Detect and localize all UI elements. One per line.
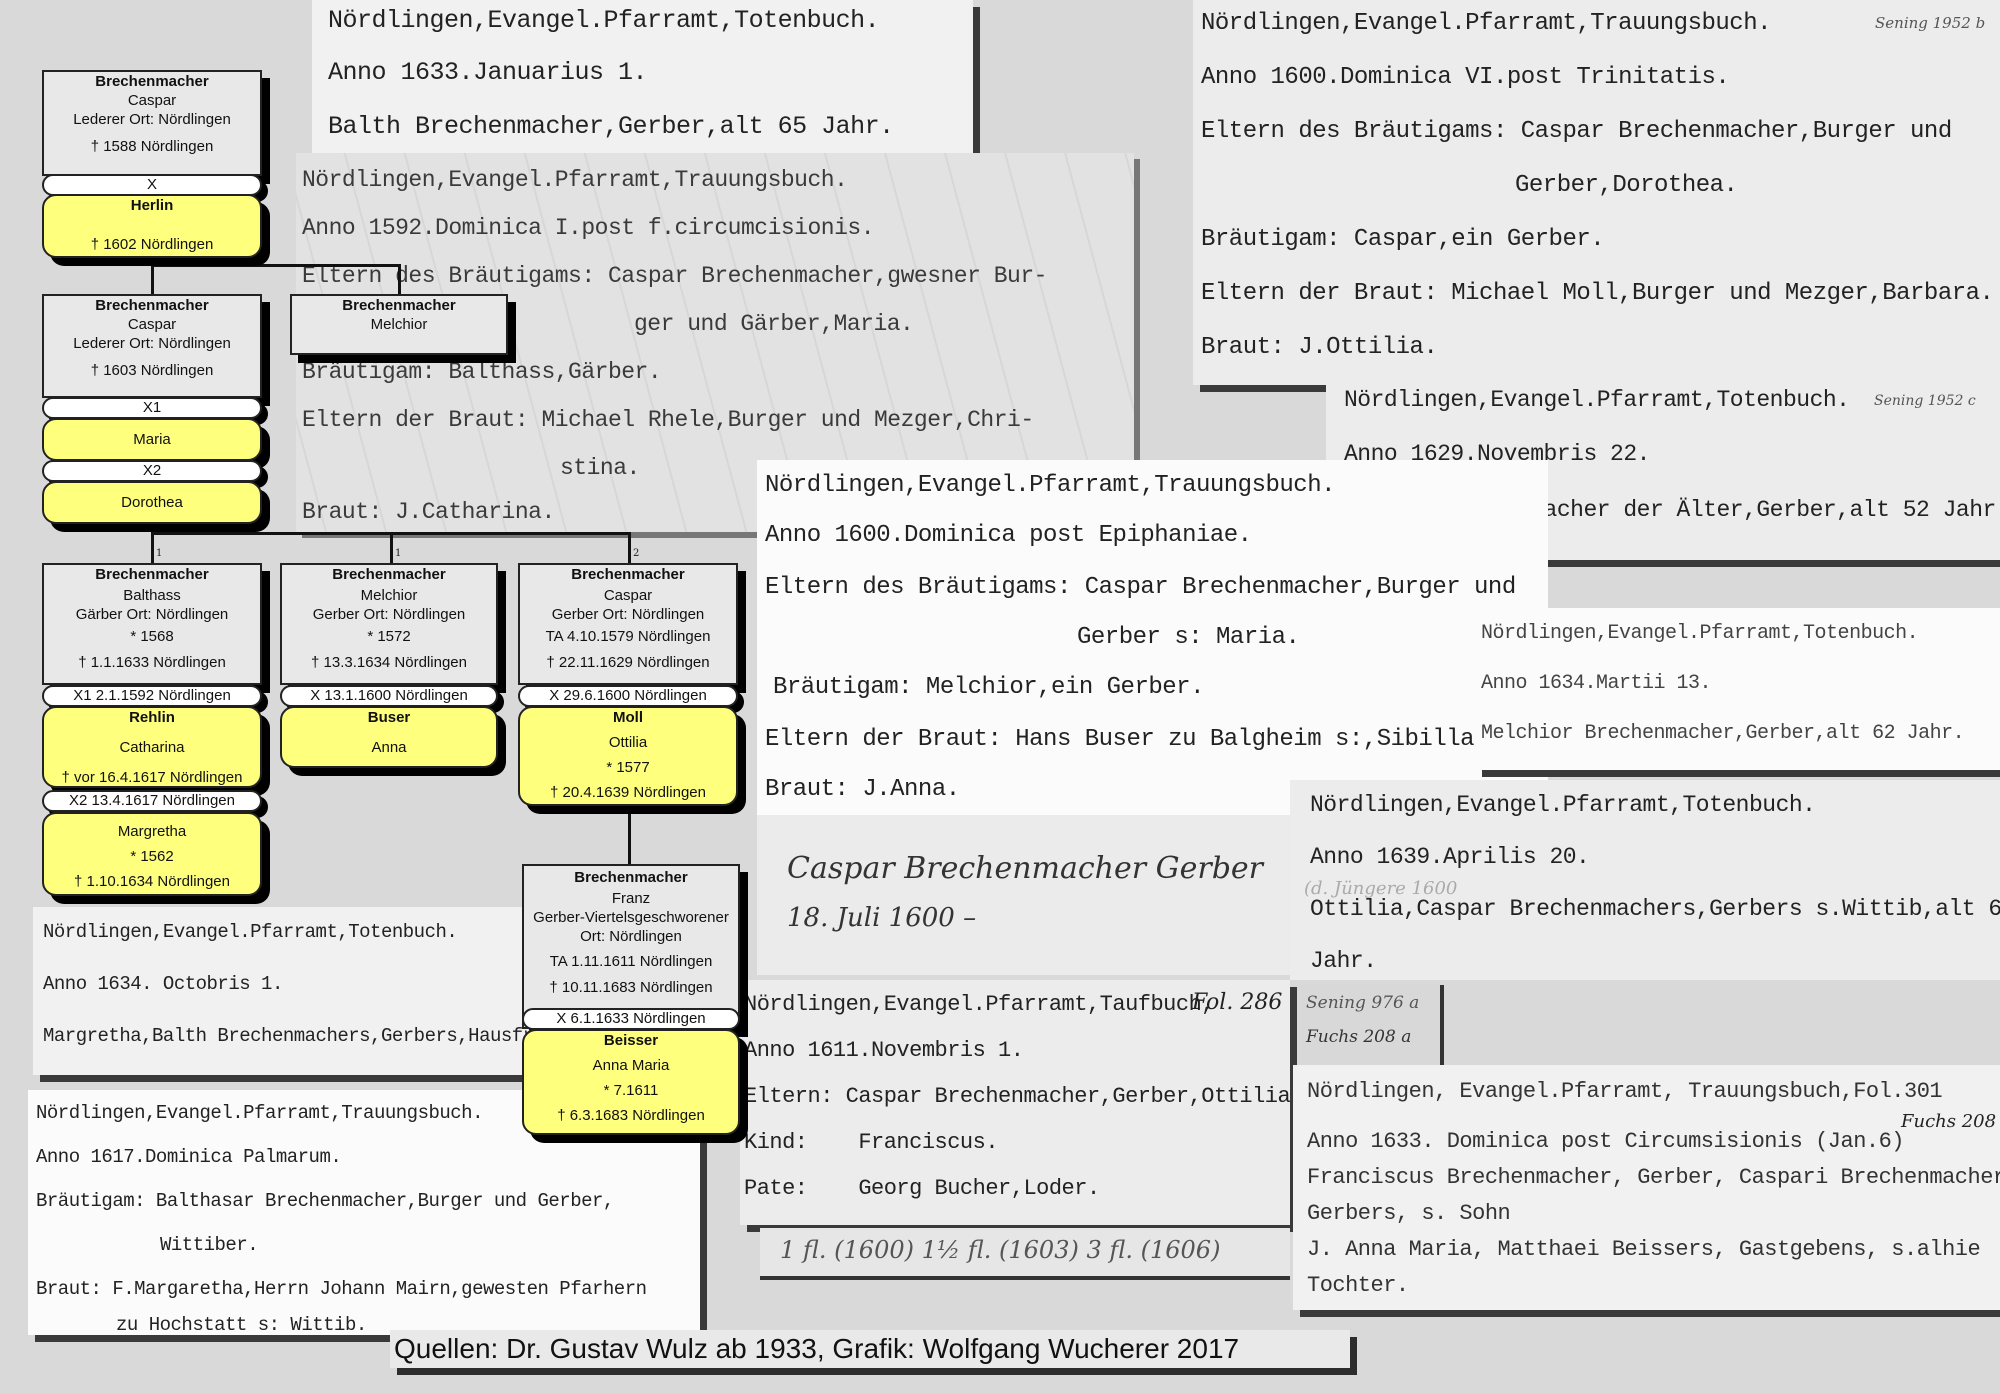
tree-connector xyxy=(628,532,631,563)
given-name: Caspar xyxy=(44,91,260,110)
archive-note: Fuchs 208 a xyxy=(1306,1027,1411,1047)
record-line: Eltern des Bräutigams: Caspar Brechenmac… xyxy=(302,263,1047,289)
record-line: Bräutigam: Melchior,ein Gerber. xyxy=(773,674,1204,701)
surname: Brechenmacher xyxy=(44,72,260,91)
place: Ort: Nördlingen xyxy=(524,927,738,946)
marriage-label: X 29.6.1600 Nördlingen xyxy=(518,685,738,707)
record-card-totenbuch-1634-octobris: Nördlingen,Evangel.Pfarramt,Totenbuch. A… xyxy=(33,907,530,1075)
tree-connector xyxy=(151,264,401,267)
marriage-label: X 6.1.1633 Nördlingen xyxy=(522,1008,740,1030)
record-line: Bräutigam: Caspar,ein Gerber. xyxy=(1201,226,1604,253)
tree-connector xyxy=(390,532,393,563)
spouse-herlin[interactable]: Herlin † 1602 Nördlingen xyxy=(42,194,262,258)
record-line: Nördlingen,Evangel.Pfarramt,Totenbuch. xyxy=(43,921,457,943)
record-line: Eltern des Bräutigams: Caspar Brechenmac… xyxy=(1201,118,1952,145)
tree-connector xyxy=(628,805,631,865)
marriage-label: X1 xyxy=(42,397,262,419)
record-card-handwritten-1600: Caspar Brechenmacher Gerber 18. Juli 160… xyxy=(757,815,1290,975)
marriage-label: X 13.1.1600 Nördlingen xyxy=(280,685,498,707)
record-line: Tochter. xyxy=(1307,1273,1409,1298)
record-line: Nördlingen,Evangel.Pfarramt,Trauungsbuch… xyxy=(36,1102,483,1124)
surname: Buser xyxy=(282,708,496,727)
spouse-maria[interactable]: Maria xyxy=(42,418,262,461)
given-name: Dorothea xyxy=(121,494,183,511)
record-line: Braut: J.Ottilia. xyxy=(1201,334,1437,361)
spouse-anna-buser[interactable]: Buser Anna xyxy=(280,706,498,768)
person-franz[interactable]: Brechenmacher Franz Gerber-Viertelsgesch… xyxy=(522,864,740,1029)
surname: Herlin xyxy=(44,196,260,215)
handwritten-line: 1 fl. (1600) 1½ fl. (1603) 3 fl. (1606) xyxy=(780,1236,1220,1264)
birth-date: * 7.1611 xyxy=(524,1081,738,1100)
record-line: Anno 1592.Dominica I.post f.circumcision… xyxy=(302,215,874,241)
record-line: Gerber,Dorothea. xyxy=(1515,172,1737,199)
person-balthass[interactable]: Brechenmacher Balthass Gärber Ort: Nördl… xyxy=(42,563,262,685)
given-name: Balthass xyxy=(44,586,260,605)
source-caption: Quellen: Dr. Gustav Wulz ab 1933, Grafik… xyxy=(390,1330,1350,1368)
death-date: † 1.1.1633 Nördlingen xyxy=(44,653,260,672)
death-date: † 1.10.1634 Nördlingen xyxy=(44,872,260,891)
archive-note: Sening 1952 c xyxy=(1874,393,1976,409)
surname: Rehlin xyxy=(44,708,260,727)
record-line: Anno 1634.Martii 13. xyxy=(1481,672,1711,695)
baptism-date: TA 4.10.1579 Nördlingen xyxy=(520,627,736,646)
given-name: Caspar xyxy=(44,315,260,334)
record-card-trauungsbuch-1633: Nördlingen, Evangel.Pfarramt, Trauungsbu… xyxy=(1293,1065,2000,1310)
given-name: Franz xyxy=(524,889,738,908)
record-line: Gerber s: Maria. xyxy=(1077,624,1299,651)
record-line: Nördlingen,Evangel.Pfarramt,Trauungsbuch… xyxy=(765,472,1335,499)
occupation: Gerber-Viertelsgeschworener xyxy=(524,908,738,927)
death-date: † vor 16.4.1617 Nördlingen xyxy=(44,768,260,787)
given-name: Melchior xyxy=(292,315,506,334)
birth-date: * 1562 xyxy=(44,847,260,866)
record-line: Jahr. xyxy=(1310,948,1377,974)
death-date: † 6.3.1683 Nördlingen xyxy=(524,1106,738,1125)
record-line: J. Anna Maria, Matthaei Beissers, Gastge… xyxy=(1307,1237,1980,1262)
marriage-label: X xyxy=(42,174,262,196)
spouse-catharina-rehlin[interactable]: Rehlin Catharina † vor 16.4.1617 Nördlin… xyxy=(42,706,262,788)
record-line: zu Hochstatt s: Wittib. xyxy=(116,1314,367,1336)
record-line: ger und Gärber,Maria. xyxy=(634,311,913,337)
record-line: Anno 1633. Dominica post Circumsisionis … xyxy=(1307,1129,1904,1154)
record-line: Nördlingen,Evangel.Pfarramt,Totenbuch. xyxy=(1481,622,1918,645)
record-line: Eltern: Caspar Brechenmacher,Gerber,Otti… xyxy=(744,1084,1303,1109)
occupation: Gerber Ort: Nördlingen xyxy=(520,605,736,624)
given-name: Caspar xyxy=(520,586,736,605)
surname: Beisser xyxy=(524,1031,738,1050)
record-line: Anno 1611.Novembris 1. xyxy=(744,1038,1023,1063)
given-name: Ottilia xyxy=(520,733,736,752)
record-line: Bräutigam: Balthasar Brechenmacher,Burge… xyxy=(36,1190,614,1212)
record-card-trauungsbuch-1600-epiphaniae: Nördlingen,Evangel.Pfarramt,Trauungsbuch… xyxy=(757,460,1548,815)
given-name: Maria xyxy=(133,431,171,448)
marriage-label: X1 2.1.1592 Nördlingen xyxy=(42,685,262,707)
birth-date: * 1568 xyxy=(44,627,260,646)
person-caspar-1588[interactable]: Brechenmacher Caspar Lederer Ort: Nördli… xyxy=(42,70,262,176)
occupation: Gerber Ort: Nördlingen xyxy=(282,605,496,624)
death-date: † 10.11.1683 Nördlingen xyxy=(524,978,738,997)
given-name: Anna Maria xyxy=(524,1056,738,1075)
record-line: Nördlingen,Evangel.Pfarramt,Trauungsbuch… xyxy=(1201,10,1771,37)
surname: Brechenmacher xyxy=(282,565,496,584)
spouse-anna-maria-beisser[interactable]: Beisser Anna Maria * 7.1611 † 6.3.1683 N… xyxy=(522,1029,740,1135)
record-card-trauungsbuch-1600-trinitatis: Nördlingen,Evangel.Pfarramt,Trauungsbuch… xyxy=(1193,0,2000,385)
occupation: Gärber Ort: Nördlingen xyxy=(44,605,260,624)
marriage-label: X2 13.4.1617 Nördlingen xyxy=(42,790,262,812)
given-name: Melchior xyxy=(282,586,496,605)
record-line: Anno 1633.Januarius 1. xyxy=(328,58,647,87)
surname: Brechenmacher xyxy=(292,296,506,315)
occupation: Lederer Ort: Nördlingen xyxy=(44,334,260,353)
record-line: Ottilia,Caspar Brechenmachers,Gerbers s.… xyxy=(1310,896,2000,922)
record-line: Margretha,Balth Brechenmachers,Gerbers,H… xyxy=(43,1025,588,1047)
given-name: Anna xyxy=(282,738,496,757)
record-line: Wittiber. xyxy=(160,1234,258,1256)
spouse-ottilia-moll[interactable]: Moll Ottilia * 1577 † 20.4.1639 Nördling… xyxy=(518,706,738,806)
record-line: Melchior Brechenmacher,Gerber,alt 62 Jah… xyxy=(1481,722,1964,745)
tree-connector xyxy=(398,264,401,294)
record-card-totenbuch-1634-martii: Nördlingen,Evangel.Pfarramt,Totenbuch. A… xyxy=(1475,608,2000,770)
record-line: Nördlingen,Evangel.Pfarramt,Totenbuch. xyxy=(1344,387,1850,413)
record-line: Pate: Georg Bucher,Loder. xyxy=(744,1176,1100,1201)
record-line: Braut: F.Margaretha,Herrn Johann Mairn,g… xyxy=(36,1278,647,1300)
spouse-dorothea[interactable]: Dorothea xyxy=(42,481,262,524)
record-line: Braut: J.Anna. xyxy=(765,776,960,803)
record-line: Eltern der Braut: Hans Buser zu Balgheim… xyxy=(765,726,1474,753)
record-line: Nördlingen,Evangel.Pfarramt,Totenbuch. xyxy=(328,6,879,35)
death-date: † 22.11.1629 Nördlingen xyxy=(520,653,736,672)
birth-date: * 1572 xyxy=(282,627,496,646)
record-line: Eltern der Braut: Michael Moll,Burger un… xyxy=(1201,280,1993,307)
record-line: Eltern der Braut: Michael Rhele,Burger u… xyxy=(302,407,1034,433)
record-line: Nördlingen, Evangel.Pfarramt, Trauungsbu… xyxy=(1307,1079,1942,1104)
surname: Brechenmacher xyxy=(44,296,260,315)
archive-note: Fuchs 208 b xyxy=(1901,1111,2000,1132)
given-name: Margretha xyxy=(44,822,260,841)
record-line: Anno 1617.Dominica Palmarum. xyxy=(36,1146,341,1168)
occupation: Lederer Ort: Nördlingen xyxy=(44,110,260,129)
person-melchior[interactable]: Brechenmacher Melchior Gerber Ort: Nördl… xyxy=(280,563,498,685)
marriage-label: X2 xyxy=(42,460,262,482)
surname: Brechenmacher xyxy=(44,565,260,584)
child-order-marker: 1 xyxy=(395,548,401,559)
death-date: † 13.3.1634 Nördlingen xyxy=(282,653,496,672)
record-line: Braut: J.Catharina. xyxy=(302,499,555,525)
birth-date: * 1577 xyxy=(520,758,736,777)
archive-note: Sening 976 a xyxy=(1306,993,1419,1013)
archive-note: Sening 1952 b xyxy=(1875,14,1985,32)
death-date: † 1602 Nördlingen xyxy=(44,235,260,254)
surname: Brechenmacher xyxy=(520,565,736,584)
child-order-marker: 1 xyxy=(156,548,162,559)
record-line: Gerbers, s. Sohn xyxy=(1307,1201,1510,1226)
person-caspar-1603[interactable]: Brechenmacher Caspar Lederer Ort: Nördli… xyxy=(42,294,262,398)
surname: Brechenmacher xyxy=(524,868,738,887)
record-line: Nördlingen,Evangel.Pfarramt,Trauungsbuch… xyxy=(302,167,847,193)
child-order-marker: 2 xyxy=(633,548,639,559)
folio-note: Fol. 286 xyxy=(1192,990,1282,1015)
tree-connector xyxy=(151,523,154,563)
person-melchior-elder[interactable]: Brechenmacher Melchior xyxy=(290,294,508,355)
record-line: Nördlingen,Evangel.Pfarramt,Totenbuch. xyxy=(1310,792,1816,818)
record-line: Anno 1639.Aprilis 20. xyxy=(1310,844,1589,870)
record-line: Anno 1600.Dominica VI.post Trinitatis. xyxy=(1201,64,1729,91)
record-strip-payments: 1 fl. (1600) 1½ fl. (1603) 3 fl. (1606) xyxy=(760,1228,1290,1276)
given-name: Catharina xyxy=(44,738,260,757)
record-card-taufbuch-1611: Nördlingen,Evangel.Pfarramt,Taufbuch, Fo… xyxy=(740,980,1290,1225)
death-date: † 1603 Nördlingen xyxy=(44,361,260,380)
death-date: † 20.4.1639 Nördlingen xyxy=(520,783,736,802)
spouse-margretha[interactable]: Margretha * 1562 † 1.10.1634 Nördlingen xyxy=(42,812,262,896)
record-line: Anno 1600.Dominica post Epiphaniae. xyxy=(765,522,1252,549)
record-line: Anno 1634. Octobris 1. xyxy=(43,973,283,995)
archive-label-sening: Sening 976 a Fuchs 208 a xyxy=(1290,985,1440,1065)
handwritten-line: Caspar Brechenmacher Gerber xyxy=(787,851,1263,886)
handwritten-line: 18. Juli 1600 – xyxy=(787,903,976,933)
record-line: Eltern des Bräutigams: Caspar Brechenmac… xyxy=(765,574,1516,601)
record-line: Bräutigam: Balthass,Gärber. xyxy=(302,359,661,385)
surname: Moll xyxy=(520,708,736,727)
death-date: † 1588 Nördlingen xyxy=(44,137,260,156)
record-line: stina. xyxy=(560,455,640,481)
record-line: Kind: Franciscus. xyxy=(744,1130,998,1155)
record-line: Balth Brechenmacher,Gerber,alt 65 Jahr. xyxy=(328,112,894,141)
person-caspar-1579[interactable]: Brechenmacher Caspar Gerber Ort: Nördlin… xyxy=(518,563,738,685)
baptism-date: TA 1.11.1611 Nördlingen xyxy=(524,952,738,971)
record-line: Franciscus Brechenmacher, Gerber, Caspar… xyxy=(1307,1165,2000,1190)
record-card-totenbuch-1633: Nördlingen,Evangel.Pfarramt,Totenbuch. A… xyxy=(312,0,973,153)
record-line: Nördlingen,Evangel.Pfarramt,Taufbuch, xyxy=(744,992,1214,1017)
record-card-totenbuch-1639: Nördlingen,Evangel.Pfarramt,Totenbuch. A… xyxy=(1290,780,2000,980)
